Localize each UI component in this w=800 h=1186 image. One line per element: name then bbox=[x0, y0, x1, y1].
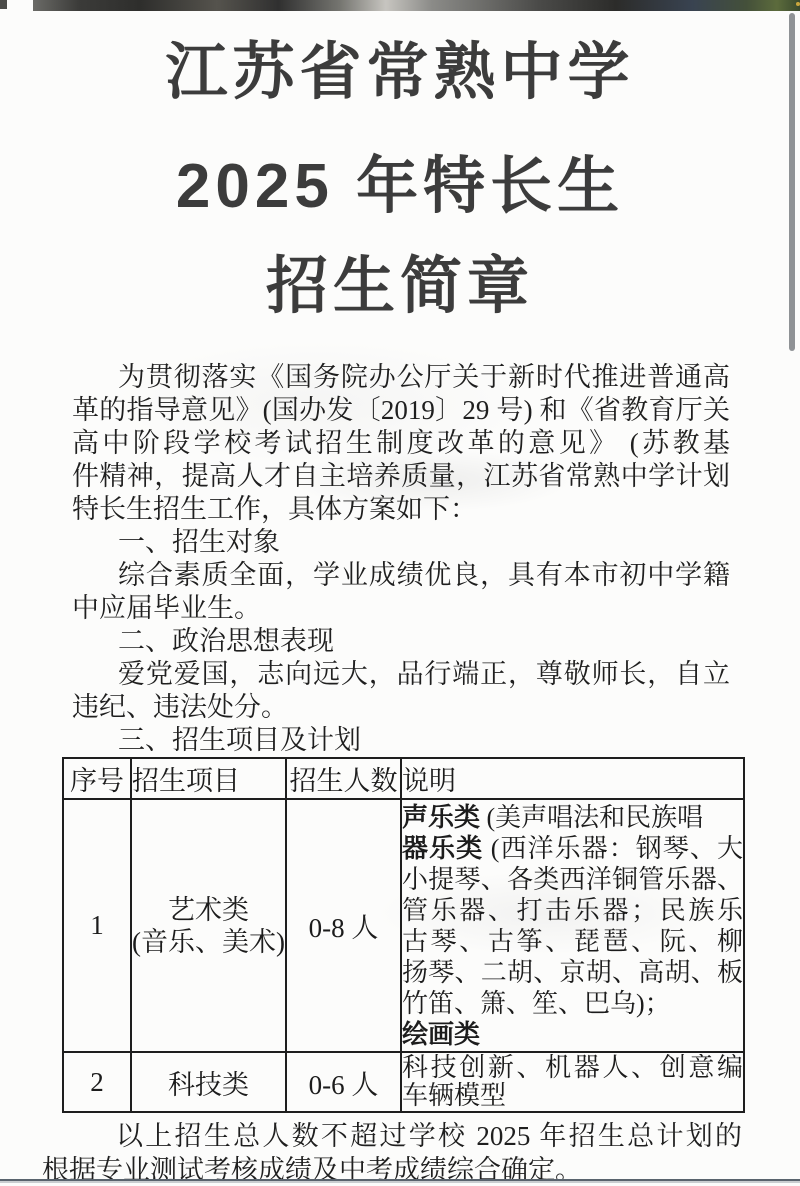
section2-heading: 二、政治思想表现 bbox=[72, 625, 730, 658]
desc-line: 管乐器、打击乐器；民族乐器： bbox=[402, 895, 743, 926]
doc-title-line-1: 江苏省常熟中学 bbox=[0, 37, 800, 109]
desc-bold-label: 器乐类 bbox=[402, 833, 483, 863]
desc-text: 车辆模型 bbox=[402, 1082, 506, 1110]
desc-line: 扬琴、二胡、京胡、高胡、板胡、 bbox=[402, 957, 743, 988]
desc-bold-label: 声乐类 bbox=[402, 802, 480, 832]
desc-line: 小提琴、各类西洋铜管乐器、木 bbox=[402, 864, 743, 895]
desc-line: 竹笛、箫、笙、巴乌)； bbox=[402, 988, 743, 1019]
col-header-count: 招生人数 bbox=[286, 758, 401, 799]
recruitment-plan-table: 序号 招生项目 招生人数 说明 1 艺术类 (音乐、美术) 0-8 人 声乐类 … bbox=[62, 757, 745, 1113]
cell-no-2: 2 bbox=[63, 1052, 131, 1112]
cell-count-2: 0-6 人 bbox=[286, 1052, 401, 1112]
desc-text: 竹笛、箫、笙、巴乌)； bbox=[402, 989, 671, 1018]
cell-desc-1: 声乐类 (美声唱法和民族唱法)； 器乐类 (西洋乐器：钢琴、大中 小提琴、各类西… bbox=[401, 799, 744, 1052]
doc-body: 为贯彻落实《国务院办公厅关于新时代推进普通高中育人方式改 革的指导意见》(国办发… bbox=[72, 361, 730, 757]
photo-strip-corner-mark bbox=[0, 0, 7, 9]
section2-line-2: 违纪、违法处分。 bbox=[72, 691, 730, 724]
cell-no-1: 1 bbox=[63, 799, 131, 1052]
document-page: 江苏省常熟中学 2025 年特长生 招生简章 为贯彻落实《国务院办公厅关于新时代… bbox=[0, 0, 800, 1186]
desc-line: 绘画类 bbox=[402, 1019, 743, 1050]
cell-desc-2: 科技创新、机器人、创意编程、 车辆模型 bbox=[401, 1052, 744, 1112]
bottom-divider bbox=[0, 1179, 800, 1181]
desc-text: 古琴、古筝、琵琶、阮、柳琴、 bbox=[402, 927, 743, 957]
photo-strip-highlight bbox=[796, 2, 800, 6]
desc-text: 科技创新、机器人、创意编程、 bbox=[402, 1054, 743, 1082]
section1-heading: 一、招生对象 bbox=[72, 526, 730, 559]
desc-line: 科技创新、机器人、创意编程、 bbox=[402, 1054, 743, 1082]
intro-line-2: 革的指导意见》(国办发〔2019〕29 号) 和《省教育厅关于进一步推进 bbox=[72, 394, 730, 427]
doc-title-line-3: 招生简章 bbox=[0, 251, 800, 323]
doc-footer: 以上招生总人数不超过学校 2025 年招生总计划的 3%，录取人数 根据专业测试… bbox=[42, 1119, 742, 1186]
footer-line-2: 根据专业测试考核成绩及中考成绩综合确定。 bbox=[42, 1153, 742, 1186]
desc-line: 古琴、古筝、琵琶、阮、柳琴、 bbox=[402, 926, 743, 957]
section1-line-2: 中应届毕业生。 bbox=[72, 592, 730, 625]
col-header-desc: 说明 bbox=[401, 758, 744, 799]
desc-bold-label: 绘画类 bbox=[402, 1019, 480, 1049]
footer-line-1: 以上招生总人数不超过学校 2025 年招生总计划的 3%，录取人数 bbox=[42, 1119, 742, 1153]
intro-line-3: 高中阶段学校考试招生制度改革的意见》 (苏教基〔2018〕3 号) 文 bbox=[72, 427, 730, 460]
desc-text: 扬琴、二胡、京胡、高胡、板胡、 bbox=[402, 958, 743, 988]
cell-project-1: 艺术类 (音乐、美术) bbox=[131, 799, 286, 1052]
table-row-tech: 2 科技类 0-6 人 科技创新、机器人、创意编程、 车辆模型 bbox=[63, 1052, 744, 1112]
section2-line-1: 爱党爱国，志向远大，品行端正，尊敬师长，自立自强。无违规、 bbox=[72, 658, 730, 691]
intro-line-1: 为贯彻落实《国务院办公厅关于新时代推进普通高中育人方式改 bbox=[72, 361, 730, 394]
cell-count-1: 0-8 人 bbox=[286, 799, 401, 1052]
section3-heading: 三、招生项目及计划 bbox=[72, 724, 730, 757]
photo-strip-top bbox=[33, 0, 800, 11]
intro-line-5: 特长生招生工作，具体方案如下： bbox=[72, 493, 730, 526]
desc-line: 器乐类 (西洋乐器：钢琴、大中 bbox=[402, 833, 743, 864]
desc-line: 车辆模型 bbox=[402, 1082, 743, 1110]
section1-line-1: 综合素质全面，学业成绩优良，具有本市初中学籍的 2025 年初 bbox=[72, 559, 730, 592]
desc-text: 管乐器、打击乐器；民族乐器： bbox=[402, 896, 743, 926]
project-name: 艺术类 bbox=[132, 894, 285, 926]
col-header-project: 招生项目 bbox=[131, 758, 286, 799]
table-row-art: 1 艺术类 (音乐、美术) 0-8 人 声乐类 (美声唱法和民族唱法)； 器乐类… bbox=[63, 799, 744, 1052]
col-header-no: 序号 bbox=[63, 758, 131, 799]
doc-title-line-2: 2025 年特长生 bbox=[0, 151, 800, 223]
cell-project-2: 科技类 bbox=[131, 1052, 286, 1112]
table-header-row: 序号 招生项目 招生人数 说明 bbox=[63, 758, 744, 799]
desc-text: 小提琴、各类西洋铜管乐器、木 bbox=[402, 865, 743, 895]
intro-line-4: 件精神，提高人才自主培养质量，江苏省常熟中学计划开展 2025 年 bbox=[72, 460, 730, 493]
project-subname: (音乐、美术) bbox=[132, 926, 285, 958]
desc-line: 声乐类 (美声唱法和民族唱法)； bbox=[402, 802, 743, 833]
